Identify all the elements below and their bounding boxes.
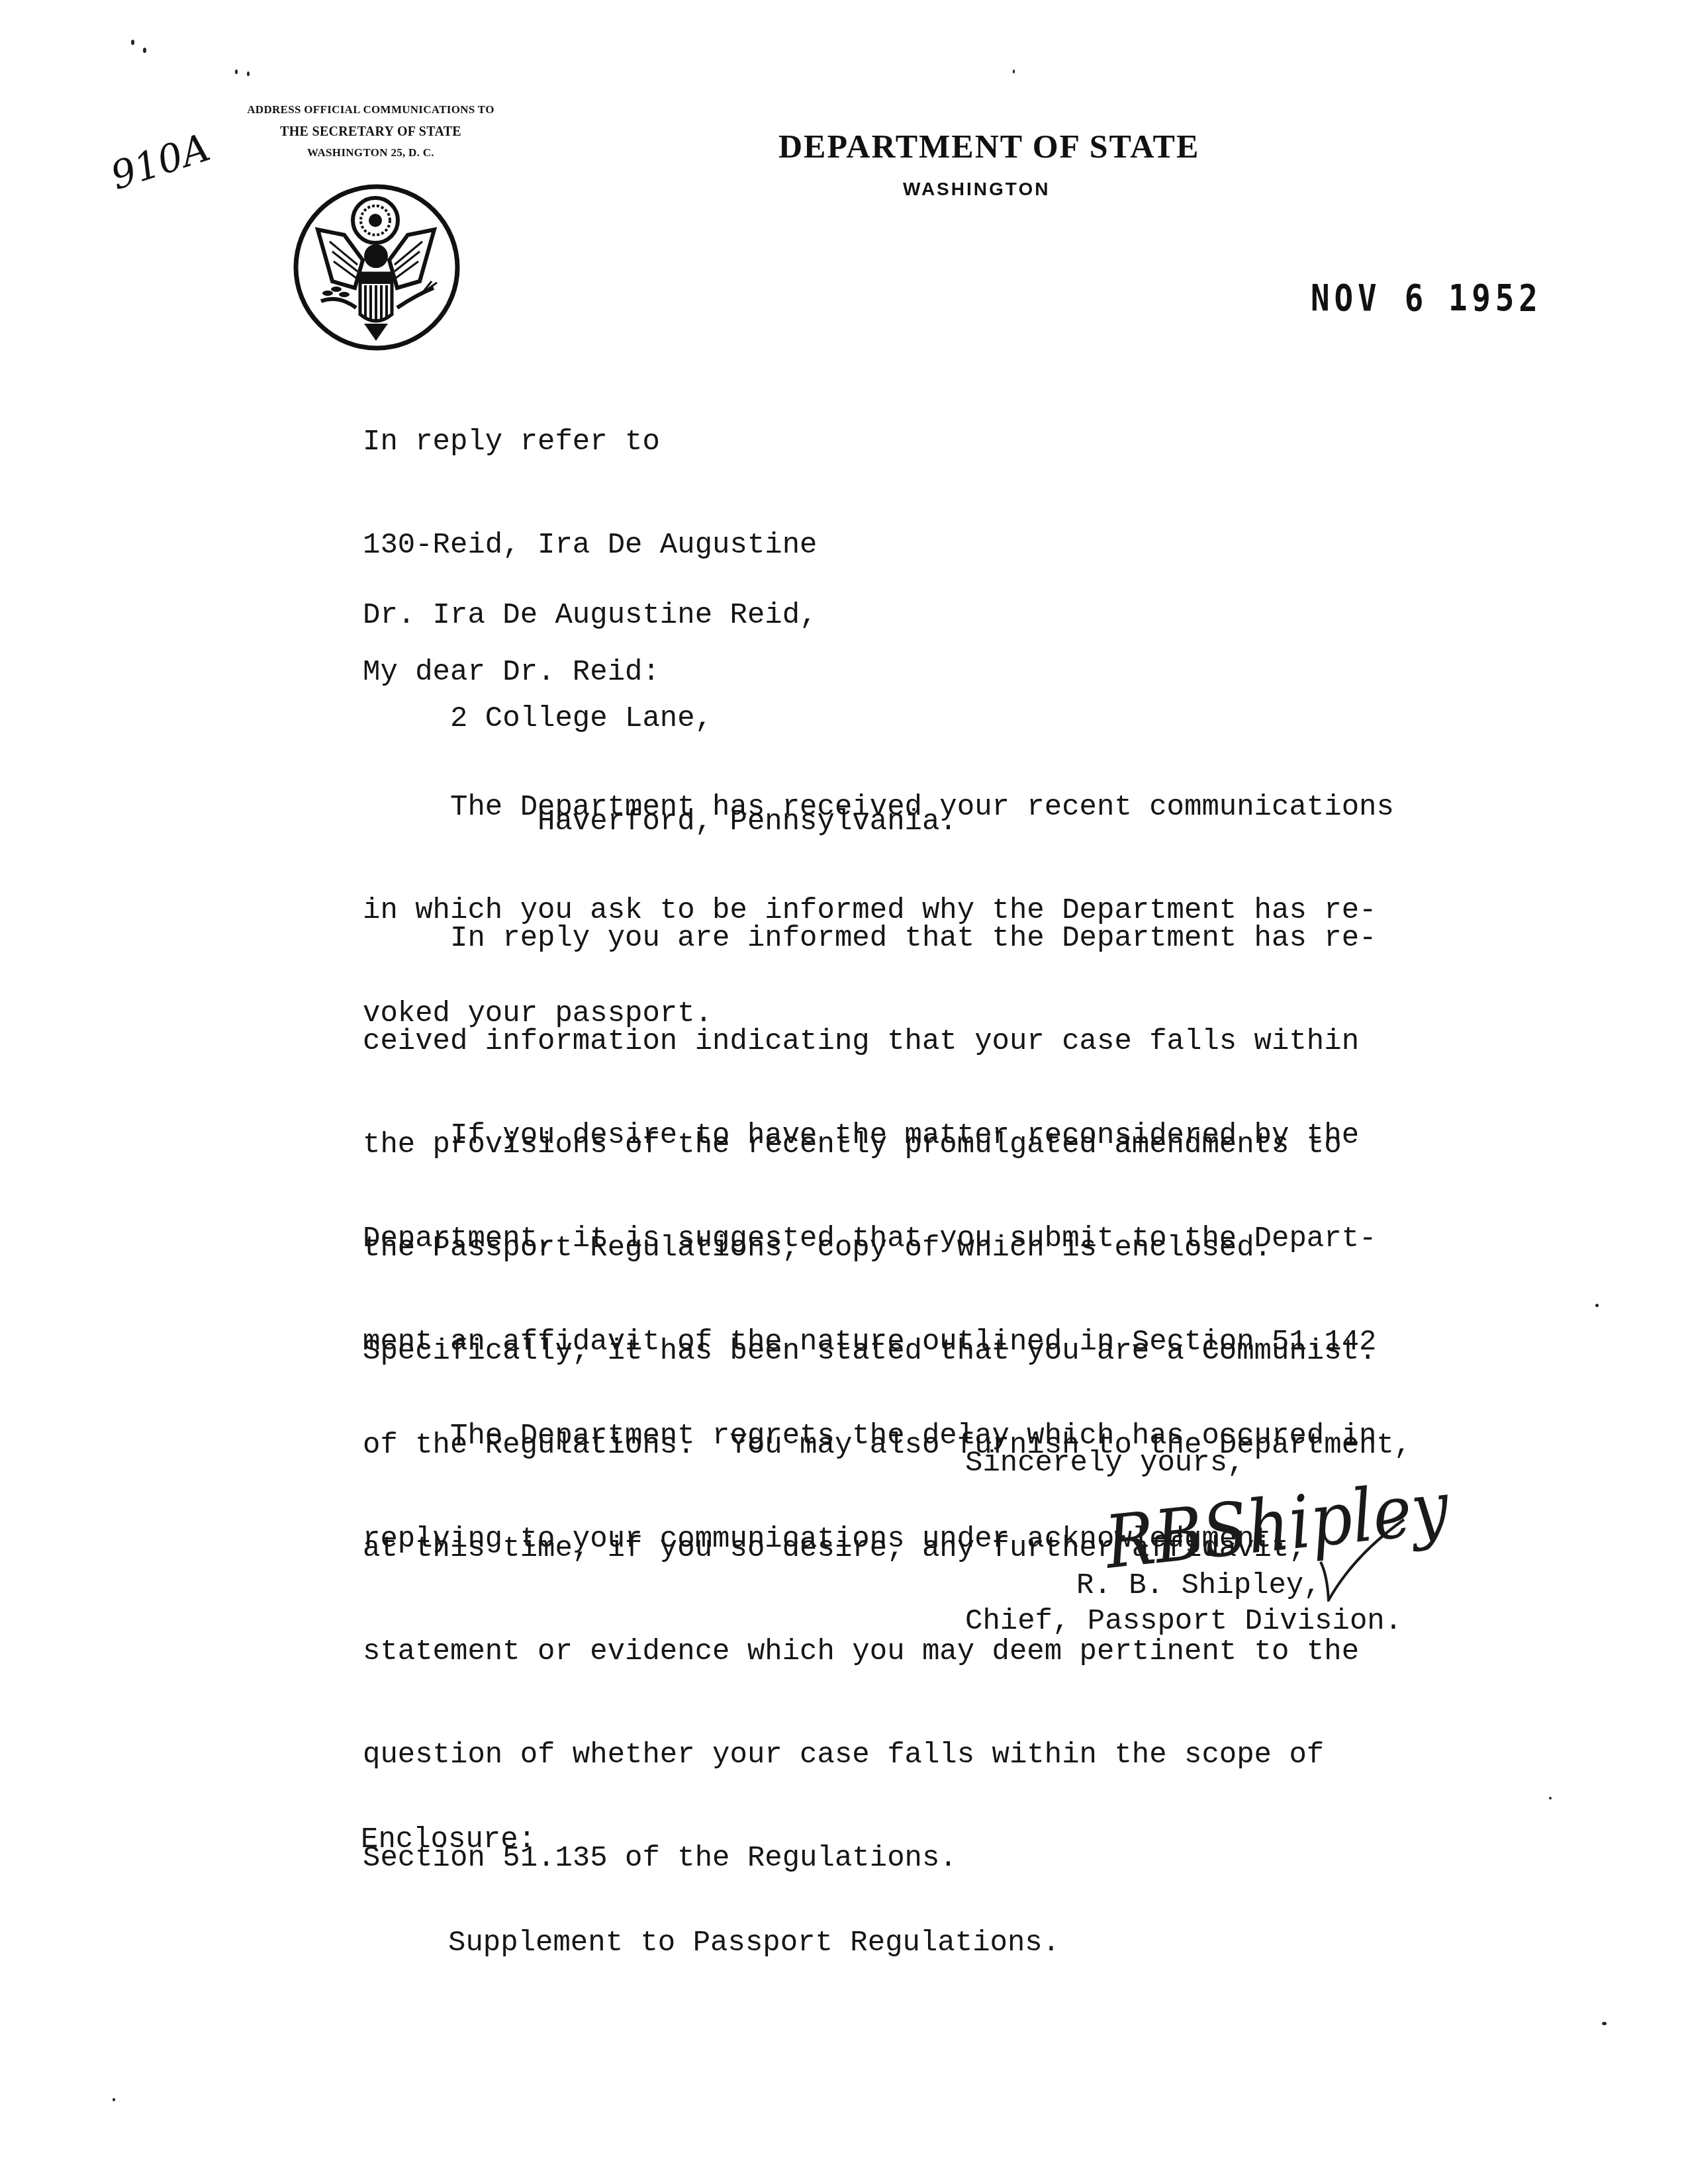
scan-speck (1013, 69, 1015, 73)
body-line: If you desire to have the matter reconsi… (363, 1118, 1411, 1153)
scan-speck (1549, 1797, 1552, 1799)
date-stamp: NOV 61952 (1311, 277, 1542, 320)
body-line: In reply you are informed that the Depar… (363, 921, 1376, 956)
signer-title: Chief, Passport Division. (965, 1604, 1402, 1639)
department-title: DEPARTMENT OF STATE (778, 127, 1199, 165)
enclosure-block: Enclosure: Supplement to Passport Regula… (361, 1754, 1060, 1995)
scan-speck (1602, 2022, 1607, 2025)
body-line: statement or evidence which you may deem… (363, 1635, 1411, 1669)
signature-flourish (1314, 1516, 1407, 1605)
handwritten-file-number: 910A (105, 124, 215, 199)
salutation: My dear Dr. Reid: (363, 655, 660, 690)
scan-speck (131, 40, 134, 45)
enclosure-item: Supplement to Passport Regulations. (361, 1926, 1060, 1960)
scan-speck (247, 71, 250, 76)
closing: Sincerely yours, (965, 1446, 1244, 1480)
scan-speck (1595, 1304, 1599, 1307)
great-seal-eagle-icon (291, 182, 462, 353)
address-note-line: WASHINGTON 25, D. C. (199, 142, 543, 164)
recipient-name: Dr. Ira De Augustine Reid, (363, 598, 957, 633)
address-note-line: ADDRESS OFFICIAL COMMUNICATIONS TO (199, 98, 543, 122)
scan-speck (143, 48, 146, 53)
date-stamp-month-day: NOV 6 (1311, 277, 1428, 320)
scan-speck (113, 2098, 115, 2101)
department-city: WASHINGTON (903, 179, 1050, 200)
signer-name: R. B. Shipley, (1076, 1569, 1321, 1603)
reference-line: In reply refer to (363, 425, 818, 459)
scan-speck (235, 69, 238, 74)
date-stamp-year: 1952 (1448, 277, 1542, 320)
address-note-line: THE SECRETARY OF STATE (199, 122, 543, 142)
address-note: ADDRESS OFFICIAL COMMUNICATIONS TO THE S… (199, 98, 543, 164)
body-line: Department, it is suggested that you sub… (363, 1222, 1411, 1256)
body-line: The Department has received your recent … (363, 790, 1394, 825)
enclosure-label: Enclosure: (361, 1823, 1060, 1857)
